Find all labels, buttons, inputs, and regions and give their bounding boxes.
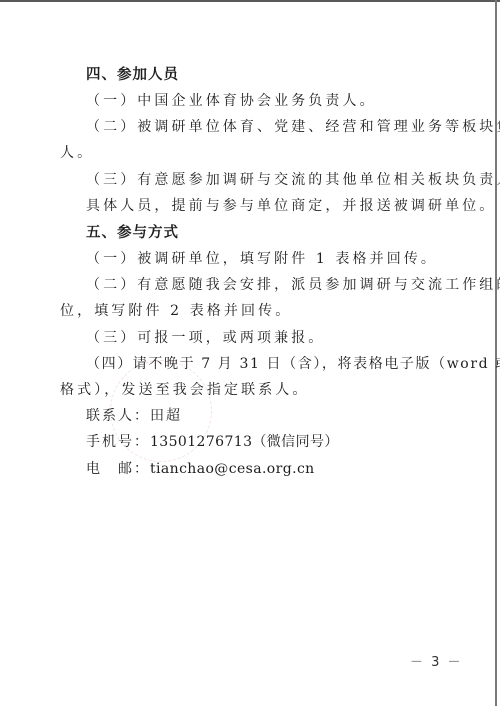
paragraph-continuation: 格式），发送至我会指定联系人。 xyxy=(60,381,444,399)
paragraph: （三）可报一项，或两项兼报。 xyxy=(86,329,444,347)
paragraph: （二）有意愿随我会安排，派员参加调研与交流工作组的单 xyxy=(86,276,444,294)
paragraph: （四）请不晚于 7 月 31 日（含），将表格电子版（word 或 pdf xyxy=(86,355,444,373)
paragraph: 具体人员，提前与参与单位商定，并报送被调研单位。 xyxy=(86,197,470,215)
paragraph: （一）中国企业体育协会业务负责人。 xyxy=(86,92,444,110)
paragraph-continuation: 位，填写附件 2 表格并回传。 xyxy=(60,302,444,320)
contact-phone-value: 13501276713（微信同号） xyxy=(150,434,339,450)
paragraph: （一）被调研单位，填写附件 1 表格并回传。 xyxy=(86,250,444,268)
document-page: 四、参加人员 （一）中国企业体育协会业务负责人。 （二）被调研单位体育、党建、经… xyxy=(0,0,500,706)
contact-email-value: tianchao@cesa.org.cn xyxy=(150,461,315,477)
contact-phone-label: 手机号： xyxy=(86,434,150,450)
paragraph: （三）有意愿参加调研与交流的其他单位相关板块负责人。 xyxy=(86,171,444,189)
contact-person-label: 联系人： xyxy=(86,408,150,424)
contact-phone-row: 手机号：13501276713（微信同号） xyxy=(86,433,444,451)
section-heading-participation-method: 五、参与方式 xyxy=(86,224,444,242)
page-number: － 3 － xyxy=(410,651,463,670)
paragraph: （二）被调研单位体育、党建、经营和管理业务等板块负责 xyxy=(86,118,444,136)
paragraph-continuation: 人。 xyxy=(60,144,444,162)
section-heading-participants: 四、参加人员 xyxy=(86,66,444,84)
contact-email-label: 电 邮： xyxy=(86,461,150,477)
contact-person-row: 联系人：田超 xyxy=(86,407,444,425)
contact-person-name: 田超 xyxy=(150,408,182,424)
contact-email-row: 电 邮：tianchao@cesa.org.cn xyxy=(86,460,444,478)
